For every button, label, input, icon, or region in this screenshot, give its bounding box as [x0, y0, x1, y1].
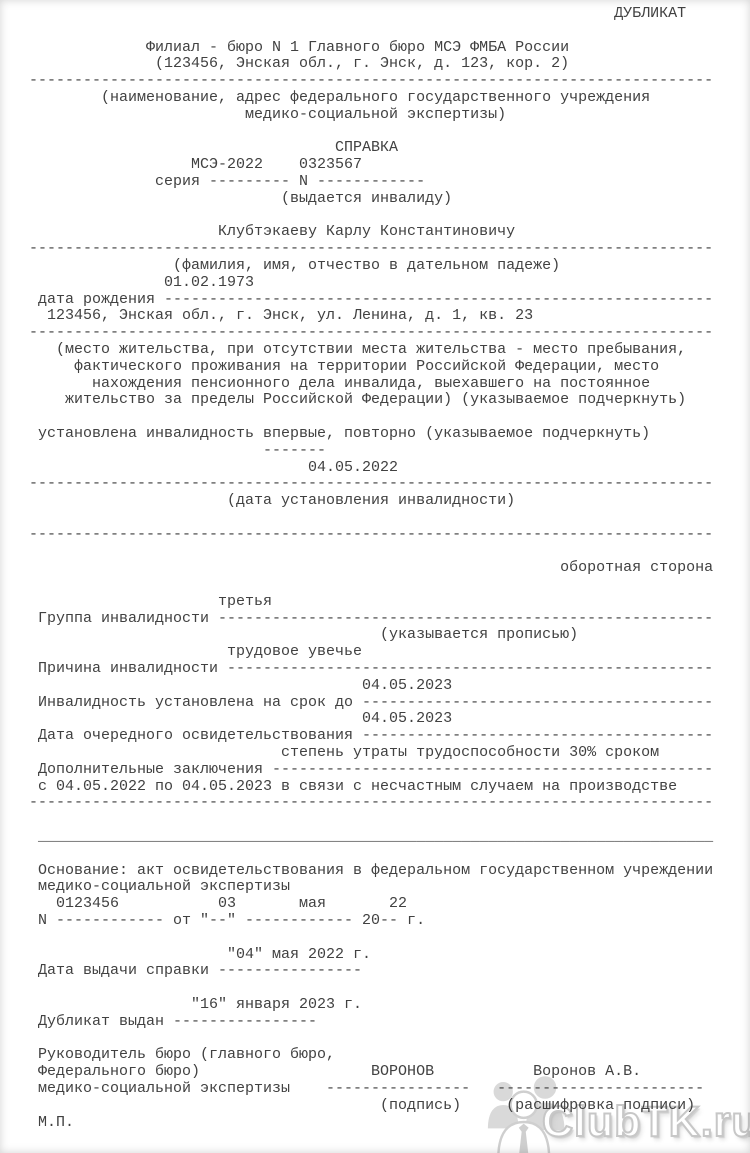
document-line: ДУБЛИКАТ — [29, 6, 713, 23]
document-line: с 04.05.2022 по 04.05.2023 в связи с нес… — [29, 779, 713, 796]
document-text: ДУБЛИКАТ Филиал - бюро N 1 Главного бюро… — [29, 6, 713, 1131]
document-line — [29, 208, 713, 225]
document-line — [29, 124, 713, 141]
document-line: (место жительства, при отсутствии места … — [29, 342, 713, 359]
document-line: ----------------------------------------… — [29, 325, 713, 342]
document-line: МСЭ-2022 0323567 — [29, 157, 713, 174]
document-line: трудовое увечье — [29, 644, 713, 661]
document-line: (наименование, адрес федерального госуда… — [29, 90, 713, 107]
document-line: (дата установления инвалидности) — [29, 493, 713, 510]
document-line: серия --------- N ------------ — [29, 174, 713, 191]
document-line: ________________________________________… — [29, 829, 713, 846]
document-line: степень утраты трудоспособности 30% срок… — [29, 745, 713, 762]
document-line: Федерального бюро) ВОРОНОВ Воронов А.В. — [29, 1064, 713, 1081]
document-line — [29, 577, 713, 594]
document-line: (указывается прописью) — [29, 627, 713, 644]
document-line: ----------------------------------------… — [29, 795, 713, 812]
document-line: Филиал - бюро N 1 Главного бюро МСЭ ФМБА… — [29, 40, 713, 57]
document-line: ----------------------------------------… — [29, 73, 713, 90]
document-line: Причина инвалидности -------------------… — [29, 661, 713, 678]
document-line: ----------------------------------------… — [29, 476, 713, 493]
document-line: установлена инвалидность впервые, повтор… — [29, 426, 713, 443]
document-line: ----------------------------------------… — [29, 241, 713, 258]
document-line — [29, 1031, 713, 1048]
document-line: СПРАВКА — [29, 140, 713, 157]
document-line: (подпись) (расшифровка подписи) — [29, 1098, 713, 1115]
document-line: "16" января 2023 г. — [29, 997, 713, 1014]
msek-certificate-duplicate-page: ДУБЛИКАТ Филиал - бюро N 1 Главного бюро… — [0, 0, 750, 1153]
document-line: 01.02.1973 — [29, 275, 713, 292]
document-line: Инвалидность установлена на срок до ----… — [29, 695, 713, 712]
document-line: жительство за пределы Российской Федерац… — [29, 392, 713, 409]
document-line — [29, 510, 713, 527]
document-line: (выдается инвалиду) — [29, 191, 713, 208]
document-line — [29, 980, 713, 997]
document-line: нахождения пенсионного дела инвалида, вы… — [29, 376, 713, 393]
document-line: (фамилия, имя, отчество в дательном паде… — [29, 258, 713, 275]
document-line: ----------------------------------------… — [29, 527, 713, 544]
document-line: фактического проживания на территории Ро… — [29, 359, 713, 376]
document-line: 04.05.2023 — [29, 678, 713, 695]
document-line: М.П. — [29, 1115, 713, 1132]
document-line — [29, 930, 713, 947]
document-line: Группа инвалидности --------------------… — [29, 611, 713, 628]
document-line: Дата очередного освидетельствования ----… — [29, 728, 713, 745]
document-line: третья — [29, 594, 713, 611]
document-line — [29, 812, 713, 829]
document-line — [29, 846, 713, 863]
document-line: дата рождения --------------------------… — [29, 292, 713, 309]
document-line: медико-социальной экспертизы) — [29, 107, 713, 124]
document-line: медико-социальной экспертизы -----------… — [29, 1081, 713, 1098]
document-line: N ------------ от "--" ------------ 20--… — [29, 913, 713, 930]
document-line: 123456, Энская обл., г. Энск, ул. Ленина… — [29, 308, 713, 325]
document-line — [29, 544, 713, 561]
document-line: Дополнительные заключения --------------… — [29, 762, 713, 779]
document-line: медико-социальной экспертизы — [29, 879, 713, 896]
document-line: 04.05.2023 — [29, 711, 713, 728]
document-line: Основание: акт освидетельствования в фед… — [29, 863, 713, 880]
document-line: "04" мая 2022 г. — [29, 947, 713, 964]
document-line: ------- — [29, 443, 713, 460]
document-line: Клубтэкаеву Карлу Константиновичу — [29, 224, 713, 241]
document-line: 0123456 03 мая 22 — [29, 896, 713, 913]
document-line: оборотная сторона — [29, 560, 713, 577]
document-line: 04.05.2022 — [29, 460, 713, 477]
document-line: Руководитель бюро (главного бюро, — [29, 1047, 713, 1064]
document-line: (123456, Энская обл., г. Энск, д. 123, к… — [29, 56, 713, 73]
document-line: Дубликат выдан ---------------- — [29, 1014, 713, 1031]
document-line — [29, 23, 713, 40]
document-line — [29, 409, 713, 426]
document-line: Дата выдачи справки ---------------- — [29, 963, 713, 980]
